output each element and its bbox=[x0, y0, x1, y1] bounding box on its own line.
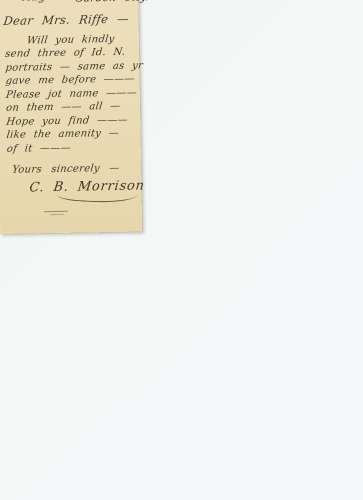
body-line: Please jot name ——— bbox=[5, 88, 137, 100]
body-line: Will you kindly bbox=[26, 35, 115, 47]
salutation-line: Dear Mrs. Riffe — bbox=[3, 14, 130, 28]
body-line: on them —— all — bbox=[5, 102, 120, 114]
body-line: like the amenity — bbox=[6, 129, 120, 141]
body-line: of it ——— bbox=[6, 143, 71, 154]
dateline-date: Aug 4th bbox=[22, 0, 74, 3]
closing-line: Yours sincerely — bbox=[12, 164, 121, 176]
signature-flourish bbox=[57, 183, 138, 204]
body-line: send three of Id. N. bbox=[5, 48, 126, 60]
body-line: gave me before ——— bbox=[5, 75, 135, 87]
flourish-mark bbox=[50, 214, 64, 215]
dateline-place: Garden City. bbox=[75, 0, 150, 4]
body-line: portraits — same as yr bbox=[5, 61, 144, 73]
flourish-mark bbox=[44, 211, 68, 212]
handwritten-letter-card: Aug 4th Garden City. Dear Mrs. Riffe — W… bbox=[0, 0, 142, 234]
photo-background: Aug 4th Garden City. Dear Mrs. Riffe — W… bbox=[0, 0, 363, 500]
body-line: Hope you find ——— bbox=[6, 115, 129, 127]
